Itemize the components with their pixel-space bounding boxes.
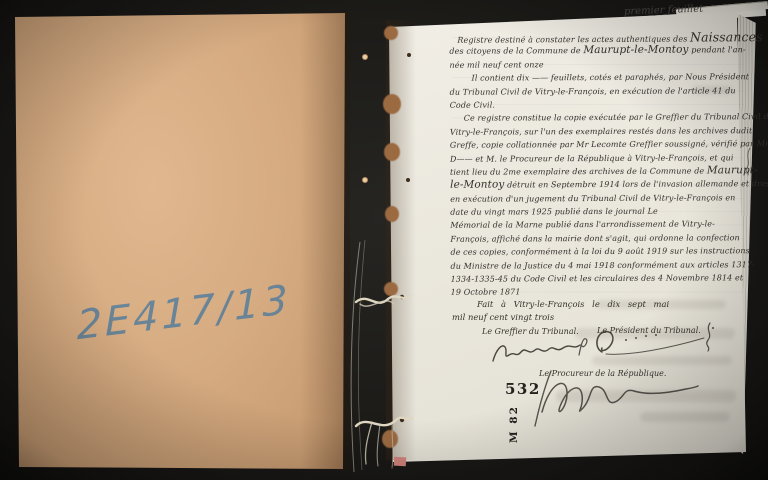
text-segment: pendant l'an- (689, 46, 746, 55)
text-segment: Naissances (690, 29, 763, 44)
text-segment: des citoyens de la Commune de (449, 46, 583, 56)
stamp-page-number: 532 (505, 380, 541, 398)
text-segment: détruit en Septembre 1914 lors de l'inva… (504, 179, 768, 189)
glue-stain (384, 143, 400, 161)
handwriting-line: Ce registre constitue la copie exécutée … (450, 111, 746, 126)
text-segment: Maurupt-le-Montoy (583, 44, 688, 57)
red-tab (394, 457, 406, 467)
text-segment: tient lieu du 2me exemplaire des archive… (450, 166, 707, 176)
handwriting-line: des citoyens de la Commune de Maurupt-le… (449, 44, 745, 59)
closing-date-line: Fait à Vitry-le-François le dix sept mai (477, 299, 669, 309)
handwriting-line: le-Montoy détruit en Septembre 1914 lors… (450, 178, 746, 193)
cover-punch-hole (362, 54, 368, 60)
greffier-label: Le Greffier du Tribunal. (482, 327, 579, 336)
handwriting-line: en exécution d'un jugement du Tribunal C… (450, 191, 746, 206)
text-segment: le-Montoy (450, 179, 504, 191)
handwriting-line: du Tribunal Civil de Vitry-le-François, … (450, 84, 746, 99)
punch-hole (406, 178, 410, 182)
glue-stain (384, 26, 398, 40)
binding-thread-bottom (348, 410, 418, 470)
stamp-vertical-mark: M 82 (508, 397, 520, 443)
handwriting-line: Mémorial de la Marne publié dans l'arron… (450, 218, 746, 233)
glue-stain (383, 94, 401, 114)
procureur-signature (526, 368, 701, 428)
greffier-signature (490, 336, 582, 366)
handwriting-line: de ces copies, conformément à la loi du … (450, 244, 746, 259)
margin-flourish (742, 146, 754, 176)
margin-paraph (700, 320, 718, 354)
closing-date-line: mil neuf cent vingt trois (452, 312, 554, 322)
handwriting-line: 1334-1335-45 du Code Civil et les circul… (451, 271, 747, 286)
punch-hole (407, 53, 411, 57)
handwriting-line: Greffe, copie collationnée par Mr Lecomt… (450, 137, 746, 152)
handwriting-line: 19 Octobre 1871 (451, 285, 747, 300)
handwritten-text-block: Registre destiné à constater les actes a… (449, 30, 746, 299)
cover-punch-hole (362, 177, 368, 183)
handwriting-line: Il contient dix —— feuillets, cotés et p… (450, 70, 746, 85)
scanned-register-photo: premier feuillet Registre destiné à cons… (0, 0, 768, 480)
cover-page (14, 12, 346, 470)
binding-thread-top (350, 286, 414, 312)
president-signature (590, 326, 708, 360)
gutter-shadow (386, 20, 416, 460)
glue-stain (385, 206, 399, 222)
